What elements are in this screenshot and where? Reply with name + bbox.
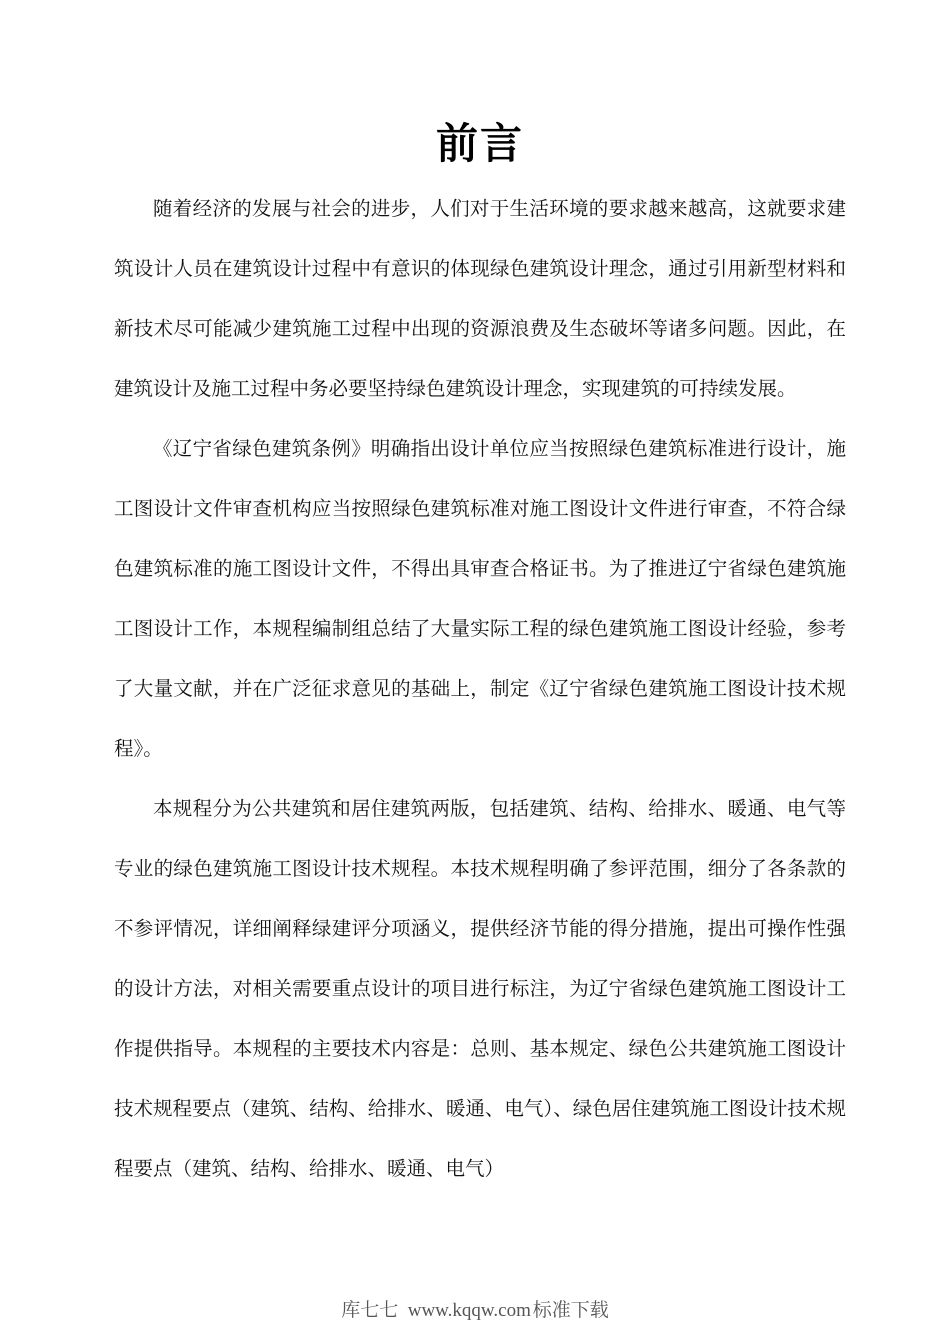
footer-site-name: 库七七 bbox=[341, 1300, 398, 1321]
document-body: 随着经济的发展与社会的进步，人们对于生活环境的要求越来越高，这就要求建筑设计人员… bbox=[114, 180, 846, 1200]
page-title: 前言 bbox=[114, 123, 846, 167]
paragraph-1: 随着经济的发展与社会的进步，人们对于生活环境的要求越来越高，这就要求建筑设计人员… bbox=[114, 180, 846, 420]
footer-site-url: www.kqqw.com bbox=[408, 1300, 531, 1321]
document-page: 前言 随着经济的发展与社会的进步，人们对于生活环境的要求越来越高，这就要求建筑设… bbox=[0, 0, 950, 1344]
paragraph-3: 本规程分为公共建筑和居住建筑两版，包括建筑、结构、给排水、暖通、电气等专业的绿色… bbox=[114, 780, 846, 1200]
page-footer-watermark: 库七七www.kqqw.com标准下载 bbox=[0, 1300, 950, 1322]
footer-download-label: 标准下载 bbox=[533, 1300, 609, 1321]
paragraph-2: 《辽宁省绿色建筑条例》明确指出设计单位应当按照绿色建筑标准进行设计，施工图设计文… bbox=[114, 420, 846, 780]
